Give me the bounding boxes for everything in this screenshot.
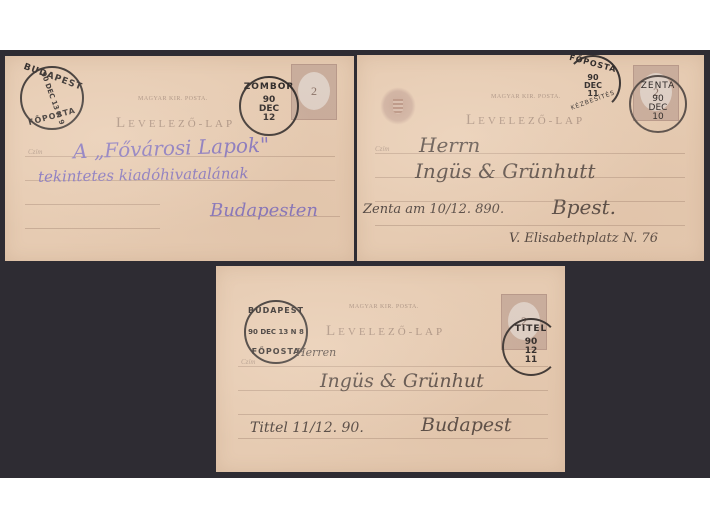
address-rule	[238, 366, 548, 367]
handwritten-salutation: Herren	[296, 346, 336, 359]
address-rule	[25, 228, 160, 229]
card-title: LEVELEZŐ-LAP	[466, 112, 585, 129]
address-label: Czím	[375, 145, 389, 153]
postmark-titel: TITEL 90 12 11	[502, 318, 560, 376]
handwritten-addressee: Ingüs & Grünhut	[320, 370, 484, 392]
address-rule	[375, 225, 685, 226]
postmark-budapest: BUDAPEST 90 DEC 13 N 9 FŐPOSTA	[20, 66, 84, 130]
indicium-value: 2	[292, 84, 336, 99]
postcard-fovarosi-lapok: MAGYAR KIR. POSTA. LEVELEZŐ-LAP Czím 2 B…	[5, 56, 354, 261]
address-label: Czím	[28, 148, 42, 156]
card-header: MAGYAR KIR. POSTA.	[138, 96, 208, 102]
card-header: MAGYAR KIR. POSTA.	[491, 94, 561, 100]
handwritten-addressee: Ingüs & Grünhutt	[415, 159, 595, 183]
handwritten-salutation: Herrn	[419, 133, 480, 157]
card-title: LEVELEZŐ-LAP	[326, 323, 445, 340]
postcard-ingus-grunhut-titel: MAGYAR KIR. POSTA. LEVELEZŐ-LAP Czím 2 B…	[216, 266, 565, 472]
postmark-foposta: FŐPOSTA 90 DEC 11 KÉZBESÍTÉS	[565, 55, 621, 111]
handwritten-street: V. Elisabethplatz N. 76	[509, 231, 658, 246]
address-rule	[25, 204, 160, 205]
address-rule	[238, 438, 548, 439]
handwritten-sender-date: Zenta am 10/12. 890.	[363, 202, 504, 217]
postcard-ingus-grunhutt-zenta: MAGYAR KIR. POSTA. LEVELEZŐ-LAP Czím 2 F…	[357, 55, 704, 261]
handwritten-addressee: A „Fővárosi Lapok"	[73, 133, 270, 164]
card-title: LEVELEZŐ-LAP	[116, 115, 235, 132]
address-label: Czím	[241, 358, 255, 366]
handwritten-addressee-line2: tekintetes kiadóhivatalának	[38, 164, 249, 186]
postmark-zombor: ZOMBOR 90 DEC 12	[239, 76, 299, 136]
handwritten-city: Bpest.	[552, 195, 616, 219]
postmark-zenta: ZENTA 90 DEC 10	[629, 75, 687, 133]
handwritten-city: Budapesten	[210, 200, 318, 221]
handwritten-sender-date: Tittel 11/12. 90.	[250, 420, 364, 436]
coat-of-arms-icon	[380, 87, 416, 125]
handwritten-city: Budapest	[421, 414, 511, 436]
card-header: MAGYAR KIR. POSTA.	[349, 304, 419, 310]
